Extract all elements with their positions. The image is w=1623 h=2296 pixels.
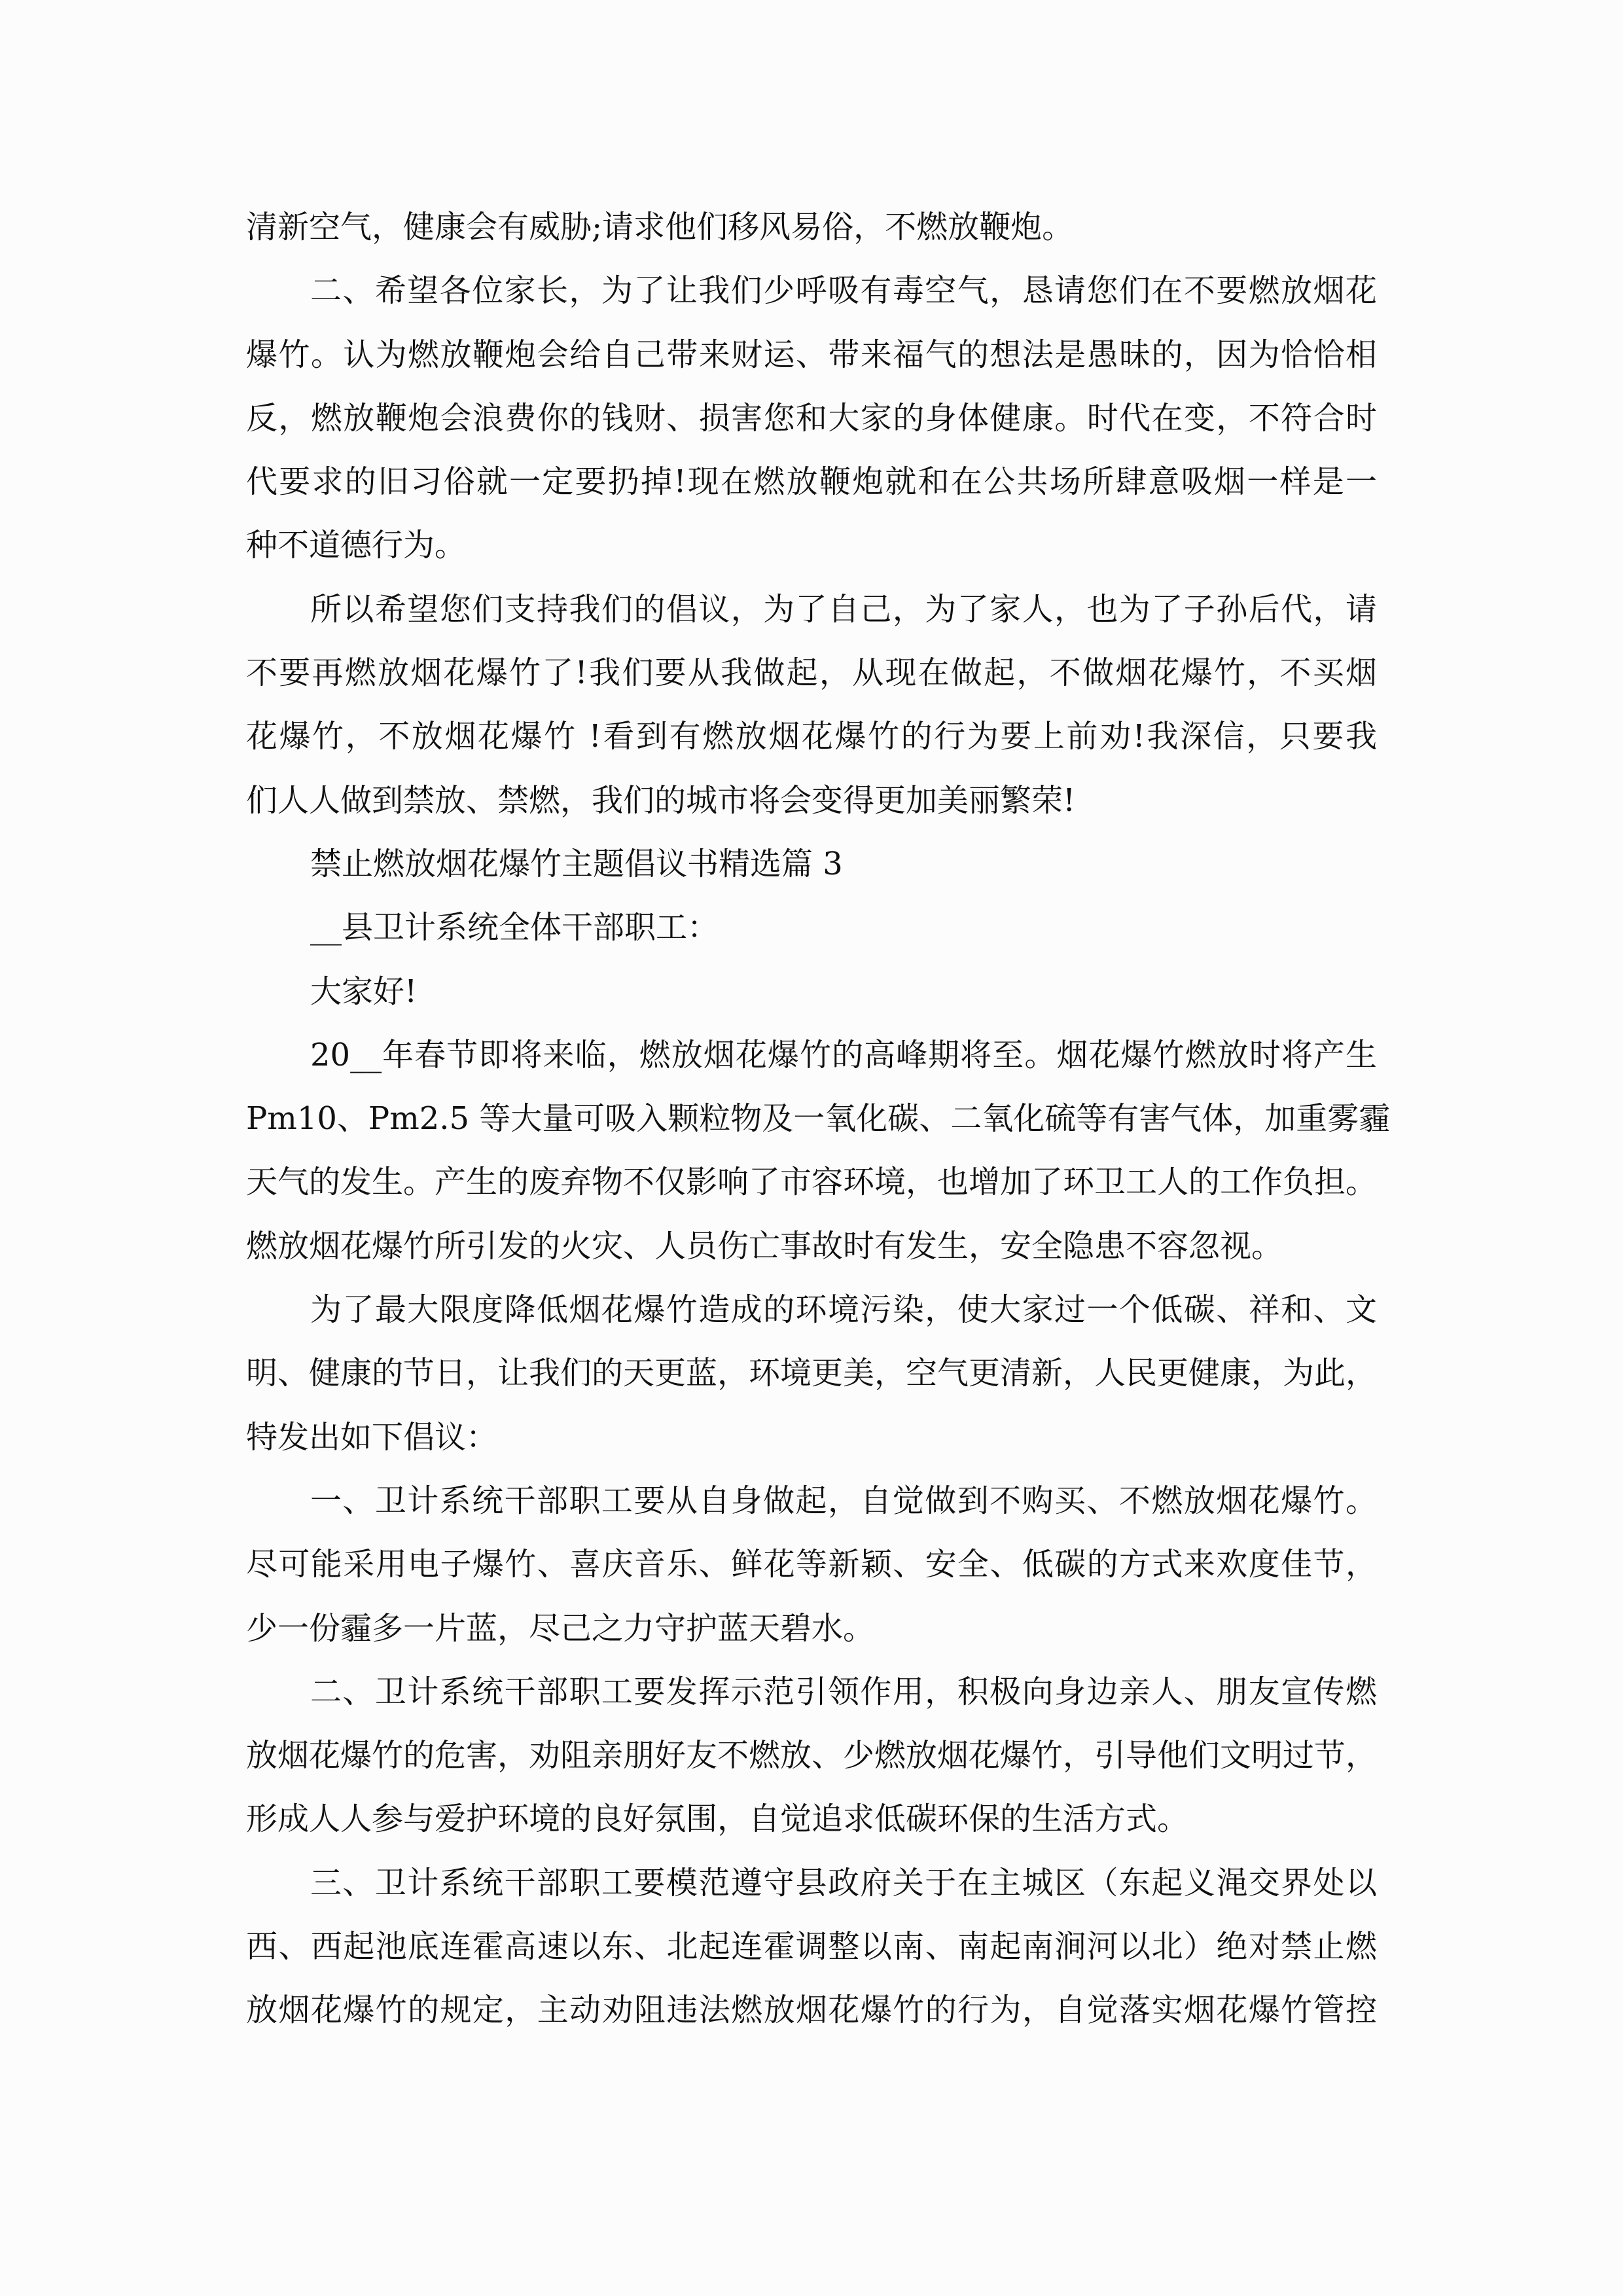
greeting: 大家好!: [310, 972, 1377, 1011]
text-line: 明、健康的节日，让我们的天更蓝，环境更美，空气更清新，人民更健康，为此，: [246, 1354, 1377, 1393]
text-line: 放烟花爆竹的规定，主动劝阻违法燃放烟花爆竹的行为，自觉落实烟花爆竹管控: [246, 1990, 1377, 2030]
text-line: 种不道德行为。: [246, 526, 1377, 565]
paragraph-start-line: 二、卫计系统干部职工要发挥示范引领作用，积极向身边亲人、朋友宣传燃: [310, 1672, 1377, 1712]
text-line: Pm10、Pm2.5 等大量可吸入颗粒物及一氧化碳、二氧化硫等有害气体，加重雾霾: [246, 1099, 1377, 1138]
text-line: 形成人人参与爱护环境的良好氛围，自觉追求低碳环保的生活方式。: [246, 1799, 1377, 1839]
salutation-recipient: __县卫计系统全体干部职工：: [310, 908, 1377, 947]
paragraph-start-line: 20__年春节即将来临，燃放烟花爆竹的高峰期将至。烟花爆竹燃放时将产生: [310, 1035, 1377, 1075]
text-line: 爆竹。认为燃放鞭炮会给自己带来财运、带来福气的想法是愚昧的，因为恰恰相: [246, 335, 1377, 374]
text-line: 燃放烟花爆竹所引发的火灾、人员伤亡事故时有发生，安全隐患不容忽视。: [246, 1227, 1377, 1266]
text-line: 花爆竹，不放烟花爆竹 !看到有燃放烟花爆竹的行为要上前劝!我深信，只要我: [246, 717, 1377, 756]
text-line: 们人人做到禁放、禁燃，我们的城市将会变得更加美丽繁荣!: [246, 781, 1377, 820]
text-line: 清新空气，健康会有威胁;请求他们移风易俗，不燃放鞭炮。: [246, 207, 1377, 247]
text-line: 西、西起池底连霍高速以东、北起连霍调整以南、南起南涧河以北）绝对禁止燃: [246, 1927, 1377, 1966]
paragraph-start-line: 为了最大限度降低烟花爆竹造成的环境污染，使大家过一个低碳、祥和、文: [310, 1290, 1377, 1329]
text-line: 少一份霾多一片蓝，尽己之力守护蓝天碧水。: [246, 1609, 1377, 1648]
text-line: 代要求的旧习俗就一定要扔掉!现在燃放鞭炮就和在公共场所肆意吸烟一样是一: [246, 462, 1377, 501]
text-line: 天气的发生。产生的废弃物不仅影响了市容环境，也增加了环卫工人的工作负担。: [246, 1162, 1377, 1202]
document-page: 清新空气，健康会有威胁;请求他们移风易俗，不燃放鞭炮。 二、希望各位家长，为了让…: [0, 0, 1623, 2296]
paragraph-start-line: 二、希望各位家长，为了让我们少呼吸有毒空气，恳请您们在不要燃放烟花: [310, 271, 1377, 310]
text-line: 放烟花爆竹的危害，劝阻亲朋好友不燃放、少燃放烟花爆竹，引导他们文明过节，: [246, 1736, 1377, 1775]
text-line: 特发出如下倡议：: [246, 1418, 1377, 1457]
text-line: 反，燃放鞭炮会浪费你的钱财、损害您和大家的身体健康。时代在变，不符合时: [246, 399, 1377, 438]
text-line: 不要再燃放烟花爆竹了!我们要从我做起，从现在做起，不做烟花爆竹，不买烟: [246, 653, 1377, 692]
section-title: 禁止燃放烟花爆竹主题倡议书精选篇 3: [310, 844, 1377, 884]
paragraph-start-line: 三、卫计系统干部职工要模范遵守县政府关于在主城区（东起义渑交界处以: [310, 1863, 1377, 1903]
paragraph-start-line: 所以希望您们支持我们的倡议，为了自己，为了家人，也为了子孙后代，请: [310, 590, 1377, 629]
text-line: 尽可能采用电子爆竹、喜庆音乐、鲜花等新颖、安全、低碳的方式来欢度佳节，: [246, 1545, 1377, 1584]
paragraph-start-line: 一、卫计系统干部职工要从自身做起，自觉做到不购买、不燃放烟花爆竹。: [310, 1481, 1377, 1520]
